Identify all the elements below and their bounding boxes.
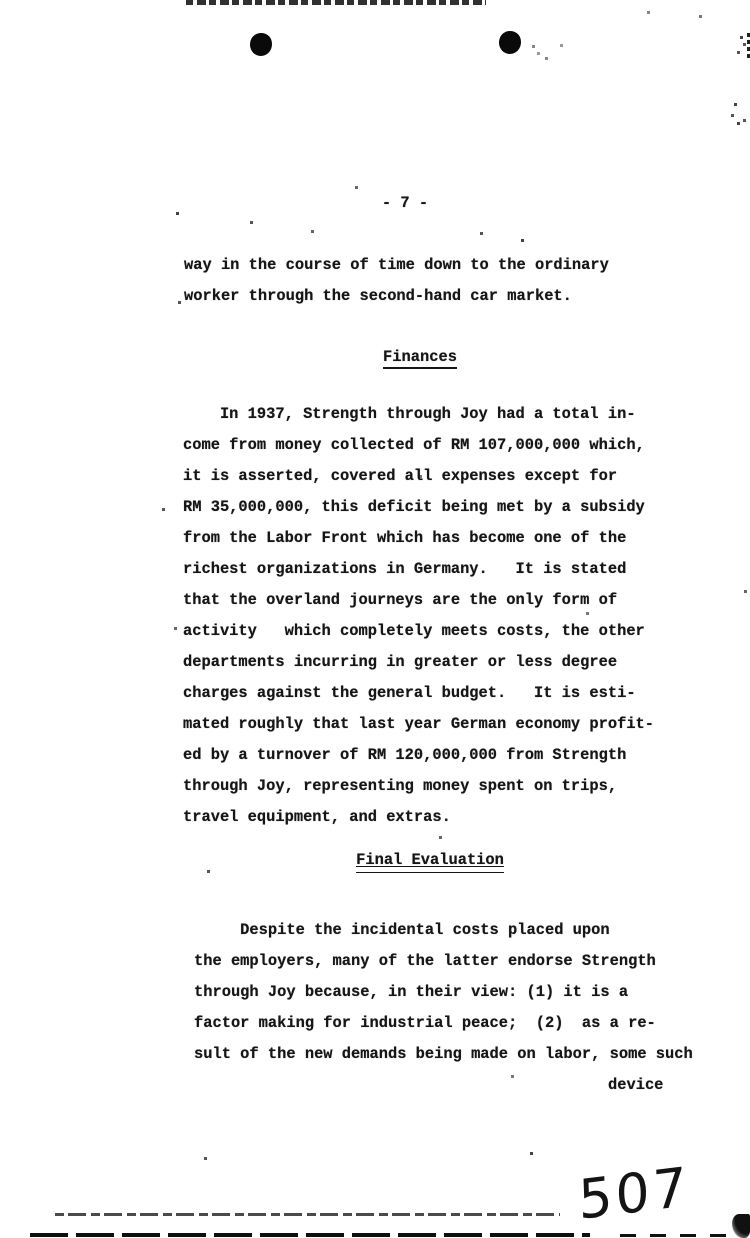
text-line: Despite the incidental costs placed upon: [194, 915, 693, 946]
text-line: that the overland journeys are the only …: [183, 585, 654, 616]
scanned-document-page: - 7 - way in the course of time down to …: [0, 0, 750, 1238]
text-line: way in the course of time down to the or…: [184, 250, 609, 281]
page-number: - 7 -: [175, 188, 635, 219]
text-line: the employers, many of the latter endors…: [194, 946, 693, 977]
corner-smudge-artifact: [732, 1214, 750, 1238]
catchword: device: [608, 1070, 663, 1101]
text-line: sult of the new demands being made on la…: [194, 1039, 693, 1070]
heading-text: Final Evaluation: [356, 851, 504, 873]
text-line: factor making for industrial peace; (2) …: [194, 1008, 693, 1039]
section-heading-finances: Finances: [190, 342, 650, 373]
text-line: worker through the second-hand car marke…: [184, 281, 609, 312]
handwritten-page-number: 507: [577, 1155, 690, 1232]
bottom-dashed-line-artifact: [55, 1213, 560, 1216]
bottom-edge-line-artifact: [30, 1233, 590, 1237]
cutoff-text-artifact: [186, 0, 486, 5]
bottom-edge-line-artifact-right: [620, 1234, 730, 1237]
heading-text: Finances: [383, 348, 457, 369]
final-evaluation-paragraph: Despite the incidental costs placed upon…: [194, 915, 693, 1070]
finances-paragraph: In 1937, Strength through Joy had a tota…: [183, 399, 654, 833]
text-line: RM 35,000,000, this deficit being met by…: [183, 492, 654, 523]
text-line: In 1937, Strength through Joy had a tota…: [183, 399, 654, 430]
text-line: activity which completely meets costs, t…: [183, 616, 654, 647]
text-line: mated roughly that last year German econ…: [183, 709, 654, 740]
text-line: charges against the general budget. It i…: [183, 678, 654, 709]
text-line: ed by a turnover of RM 120,000,000 from …: [183, 740, 654, 771]
text-line: through Joy, representing money spent on…: [183, 771, 654, 802]
scan-noise-specks: [0, 0, 1, 1]
opening-paragraph: way in the course of time down to the or…: [184, 250, 609, 312]
text-line: departments incurring in greater or less…: [183, 647, 654, 678]
section-heading-final-evaluation: Final Evaluation: [200, 845, 660, 876]
text-line: through Joy because, in their view: (1) …: [194, 977, 693, 1008]
hole-punch-left: [250, 33, 272, 56]
text-line: travel equipment, and extras.: [183, 802, 654, 833]
text-line: richest organizations in Germany. It is …: [183, 554, 654, 585]
text-line: it is asserted, covered all expenses exc…: [183, 461, 654, 492]
text-line: come from money collected of RM 107,000,…: [183, 430, 654, 461]
text-line: from the Labor Front which has become on…: [183, 523, 654, 554]
hole-punch-right: [499, 31, 521, 54]
